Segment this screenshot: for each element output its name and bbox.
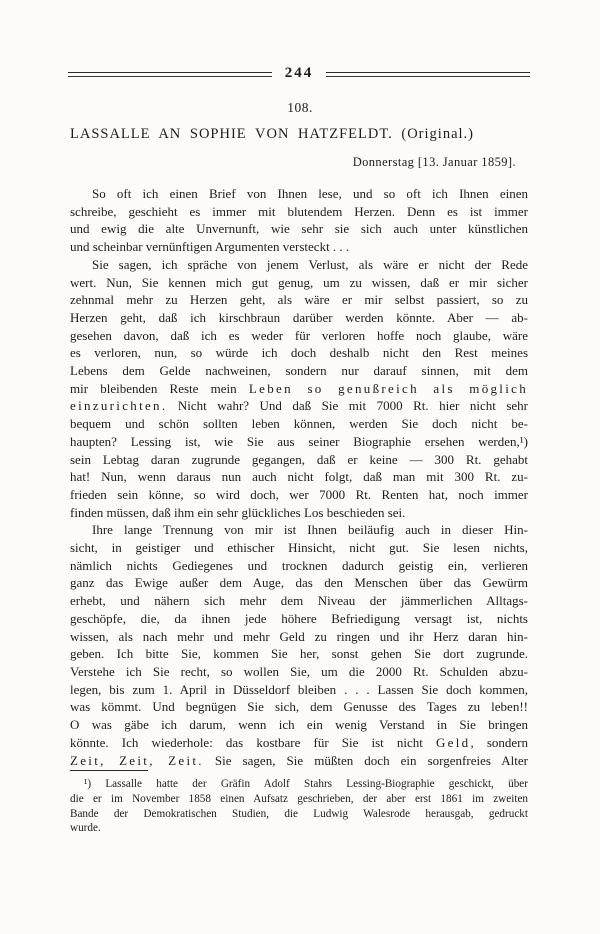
letterspaced-text: Leben so genußreich als möglich [249, 381, 528, 396]
paragraph: So oft ich einen Brief von Ihnen lese, u… [70, 185, 528, 256]
running-head: 244 [68, 66, 530, 83]
text-line: wert. Nun, Sie kennen mich gut genug, um… [70, 274, 528, 292]
text-line: gesehen davon, daß ich es weder für verl… [70, 327, 528, 345]
text-line: geschöpfe, die, da ihnen jede höhere Bef… [70, 610, 528, 628]
text-line: bequem und schön sollten leben können, w… [70, 415, 528, 433]
text-line: frieden sein könne, so wird doch, wer 70… [70, 486, 528, 504]
text-line: sein Lebtag daran zugrunde gegangen, daß… [70, 451, 528, 469]
text-line: wissen, als nach mehr und mehr Geld zu r… [70, 628, 528, 646]
text-line: geben. Ich bitte Sie, kommen Sie her, so… [70, 645, 528, 663]
text-line: finden müssen, daß ihm ein sehr glücklic… [70, 504, 528, 522]
paragraph: Ihre lange Trennung von mir ist Ihnen be… [70, 521, 528, 769]
text-line: die er im November 1858 einen Aufsatz ge… [70, 792, 528, 807]
book-page: 244 108. LASSALLE AN SOPHIE VON HATZFELD… [0, 0, 600, 934]
text-line: zehnmal mehr zu Herzen geht, als wäre er… [70, 291, 528, 309]
text-line: hat! Nun, wenn daraus nun auch nicht fol… [70, 468, 528, 486]
text-line: wurde. [70, 821, 528, 836]
text-line: und ewig die alte Unvernunft, wie sehr s… [70, 220, 528, 238]
text-line: Ihre lange Trennung von mir ist Ihnen be… [70, 521, 528, 539]
text-line: sicht, in geistiger und ethischer Hinsic… [70, 539, 528, 557]
letterspaced-text: einzurichten. [70, 398, 167, 413]
header-rule-left [68, 72, 272, 78]
text-line: ganz das Ewige außer dem Auge, das den M… [70, 574, 528, 592]
text-line: erhebt, und nähern sich mehr dem Niveau … [70, 592, 528, 610]
text-line: Verstehe ich Sie recht, so wollen Sie, u… [70, 663, 528, 681]
header-rule-right [326, 72, 530, 78]
date-line: Donnerstag [13. Januar 1859]. [353, 155, 516, 170]
text-line: Lebens dem Gelde nachweinen, sondern nur… [70, 362, 528, 380]
letter-number: 108. [0, 100, 600, 116]
text-line: legen, bis zum 1. April in Düsseldorf bl… [70, 681, 528, 699]
footnote-separator [70, 770, 148, 771]
text-line: Herzen geht, daß ich kirschbraun darüber… [70, 309, 528, 327]
text-line: So oft ich einen Brief von Ihnen lese, u… [70, 185, 528, 203]
letterspaced-text: Geld [436, 735, 470, 750]
text-line: nämlich nichts Gediegenes und trocknen d… [70, 557, 528, 575]
text-line: Sie sagen, ich spräche von jenem Verlust… [70, 256, 528, 274]
text-line: schreibe, geschieht es immer mit blutend… [70, 203, 528, 221]
text-line: was kömmt. Und begnügen Sie sich, dem Ge… [70, 698, 528, 716]
letter-body: So oft ich einen Brief von Ihnen lese, u… [70, 185, 528, 769]
page-number: 244 [285, 65, 314, 82]
text-line: könnte. Ich wiederhole: das kostbare für… [70, 734, 528, 752]
footnote: ¹) Lassalle hatte der Gräfin Adolf Stahr… [70, 777, 528, 836]
text-line: Bande der Demokratischen Studien, die Lu… [70, 807, 528, 822]
letterspaced-text: Zeit, Zeit, Zeit. [70, 753, 204, 768]
text-line: einzurichten. Nicht wahr? Und daß Sie mi… [70, 397, 528, 415]
text-line: haupten? Lessing ist, wie Sie aus seiner… [70, 433, 528, 451]
paragraph: Sie sagen, ich spräche von jenem Verlust… [70, 256, 528, 522]
letter-title: LASSALLE AN SOPHIE VON HATZFELDT. (Origi… [70, 126, 474, 143]
text-line: mir bleibenden Reste mein Leben so genuß… [70, 380, 528, 398]
text-line: O was gäbe ich darum, wenn ich ein wenig… [70, 716, 528, 734]
text-line: Zeit, Zeit, Zeit. Sie sagen, Sie müßten … [70, 752, 528, 770]
text-line: und scheinbar vernünftigen Argumenten ve… [70, 238, 528, 256]
paragraph: ¹) Lassalle hatte der Gräfin Adolf Stahr… [70, 777, 528, 836]
text-line: ¹) Lassalle hatte der Gräfin Adolf Stahr… [70, 777, 528, 792]
text-line: es verloren, nun, so würde ich doch desh… [70, 344, 528, 362]
